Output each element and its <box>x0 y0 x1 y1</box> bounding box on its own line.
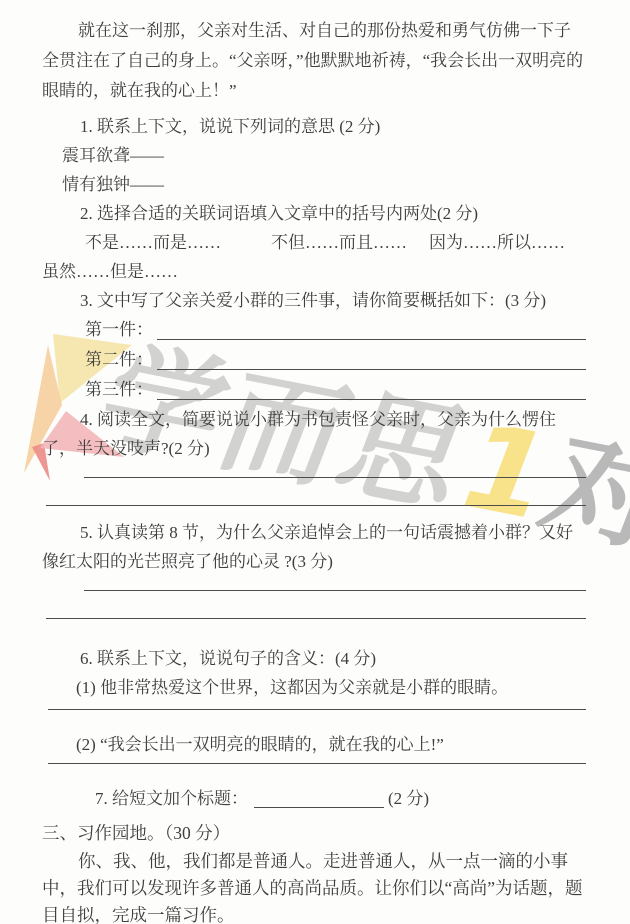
item-3-label: 第三件： <box>85 375 153 405</box>
question-4: 4. 阅读全文，简要说说小群为书包责怪父亲时，父亲为什么愣住了，半天没吱声?(2… <box>42 405 586 463</box>
question-1-word-2: 情有独钟—— <box>42 170 586 199</box>
answer-line <box>84 477 586 478</box>
question-2-options-row: 不是……而是…… 不但……而且…… 因为……所以…… <box>42 228 586 257</box>
question-7: 7. 给短文加个标题： (2 分) <box>42 784 586 814</box>
question-3-item-1: 第一件： <box>42 315 586 345</box>
answer-line <box>46 618 586 619</box>
answer-line <box>157 369 586 370</box>
answer-line <box>46 505 586 506</box>
question-7-label: 7. 给短文加个标题： <box>95 784 248 814</box>
answer-line <box>48 709 586 710</box>
answer-line <box>157 339 586 340</box>
question-1: 1. 联系上下文，说说下列词的意思 (2 分) <box>42 112 586 141</box>
question-7-score: (2 分) <box>388 784 429 814</box>
question-3: 3. 文中写了父亲关爱小群的三件事，请你简要概括如下：(3 分) <box>42 286 586 315</box>
section-3-title: 三、习作园地。（30 分） <box>42 819 586 847</box>
document-page: 就在这一刹那，父亲对生活、对自己的那份热爱和勇气仿佛一下子全贯注在了自己的身上。… <box>0 0 630 924</box>
title-blank-line <box>254 807 384 808</box>
item-1-label: 第一件： <box>85 315 153 345</box>
question-3-item-3: 第三件： <box>42 375 586 405</box>
option-bushi-ershi: 不是……而是…… <box>85 228 221 257</box>
answer-line <box>84 590 586 591</box>
passage-paragraph: 就在这一刹那，父亲对生活、对自己的那份热爱和勇气仿佛一下子全贯注在了自己的身上。… <box>42 16 586 106</box>
option-suiran-danshi: 虽然……但是…… <box>42 257 586 286</box>
option-budan-erqie: 不但……而且…… <box>271 228 407 257</box>
question-6-sub-1: (1) 他非常热爱这个世界，这都因为父亲就是小群的眼睛。 <box>42 673 586 702</box>
question-6-sub-2: (2) “我会长出一双明亮的眼睛的，就在我的心上!” <box>42 730 586 759</box>
item-2-label: 第二件： <box>85 345 153 375</box>
option-yinwei-suoyi: 因为……所以…… <box>429 228 565 257</box>
question-2: 2. 选择合适的关联词语填入文章中的括号内两处(2 分) <box>42 199 586 228</box>
question-6: 6. 联系上下文，说说句子的含义：(4 分) <box>42 644 586 673</box>
answer-line <box>48 763 586 764</box>
section-3-prompt: 你、我、他，我们都是普通人。走进普通人，从一点一滴的小事中，我们可以发现许多普通… <box>42 848 586 924</box>
question-1-word-1: 震耳欲聋—— <box>42 141 586 170</box>
answer-line <box>157 399 586 400</box>
question-3-item-2: 第二件： <box>42 345 586 375</box>
question-5: 5. 认真读第 8 节，为什么父亲追悼会上的一句话震撼着小群？又好像红太阳的光芒… <box>42 518 586 576</box>
